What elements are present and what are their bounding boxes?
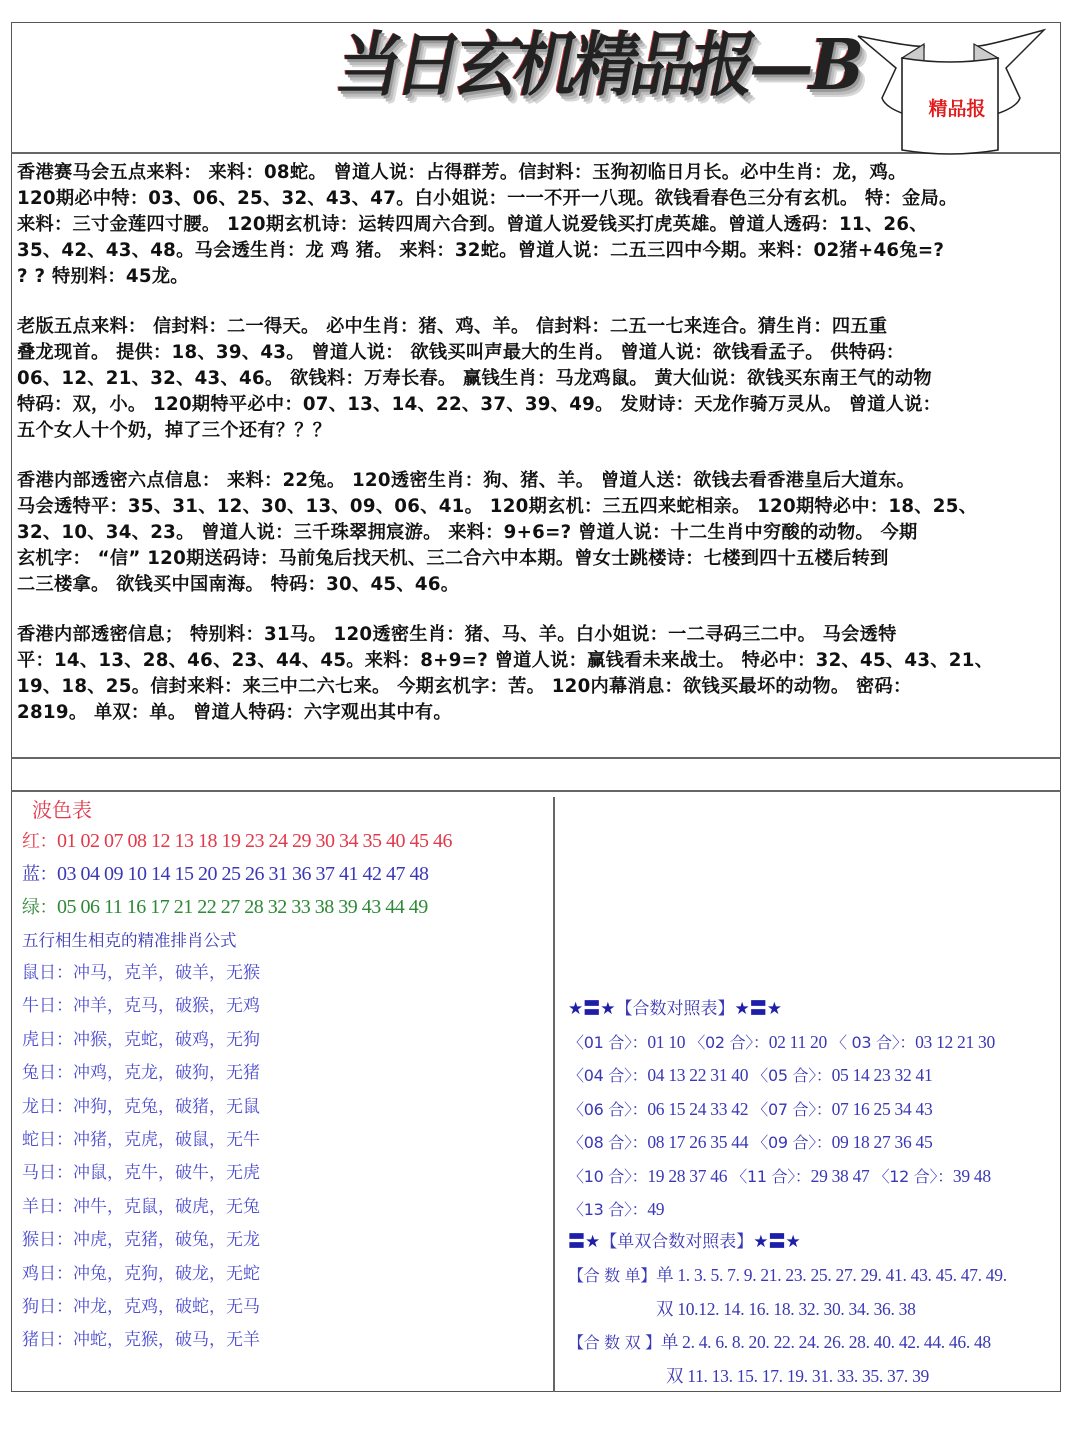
text-line: 特码：双，小。 120期特平必中：07、13、14、22、37、39、49。 发… [17,392,1057,418]
wave-row-blue: 蓝：03 04 09 10 14 15 20 25 26 31 36 37 41… [22,858,542,891]
sum-tables-panel: ★〓★【合数对照表】★〓★ 〈01 合〉：01 10 〈02 合〉：02 11 … [568,993,1058,1393]
sum-even-even-row: 双 11. 13. 15. 17. 19. 31. 33. 35. 37. 39 [568,1360,1058,1393]
sum-key: 〈07 合〉： [752,1100,831,1119]
sum-odd-row: 【合 数 单】单 1. 3. 5. 7. 9. 21. 23. 25. 27. … [568,1259,1058,1292]
wave-numbers: 03 04 09 10 14 15 20 25 26 31 36 37 41 4… [57,863,429,885]
zodiac-row: 蛇日：冲猪，克虎，破鼠，无牛 [22,1124,542,1157]
text-line: 35、42、43、48。马会透生肖：龙 鸡 猪。 来料：32蛇。曾道人说：二五三… [17,238,1057,264]
sum-row: 〈06 合〉：06 15 24 33 42 〈07 合〉：07 16 25 34… [568,1093,1058,1126]
ribbon-banner-icon [856,18,1046,162]
section-hk-internal-six-points: 香港内部透密六点信息： 来料：22兔。 120透密生肖：狗、猪、羊。 曾道人送：… [17,468,1057,598]
section-hk-internal-info: 香港内部透密信息； 特别料：31马。 120透密生肖：猪、马、羊。白小姐说：一二… [17,622,1057,726]
text-line: 06、12、21、32、43、46。 欲钱料：万寿长春。 赢钱生肖：马龙鸡鼠。 … [17,366,1057,392]
zodiac-row: 狗日：冲龙，克鸡，破蛇，无马 [22,1291,542,1324]
sum-even-even-numbers: 双 11. 13. 15. 17. 19. 31. 33. 35. 37. 39 [666,1366,929,1386]
section-old-version-five-points: 老版五点来料： 信封料：二一得天。 必中生肖：猪、鸡、羊。 信封料：二五一七来连… [17,314,1057,444]
text-line: ? ? 特别料：45龙。 [17,264,1057,290]
sum-numbers: 49 [647,1199,664,1219]
text-line: 来料：三寸金莲四寸腰。 120期玄机诗：运转四周六合到。曾道人说爱钱买打虎英雄。… [17,212,1057,238]
sum-even-label: 【合 数 双 】 [568,1333,661,1352]
text-line: 二三楼拿。 欲钱买中国南海。 特码：30、45、46。 [17,572,1057,598]
zodiac-row: 猴日：冲虎，克猪，破兔，无龙 [22,1224,542,1257]
text-line: 叠龙现首。 提供：18、39、43。 曾道人说： 欲钱买叫声最大的生肖。 曾道人… [17,340,1057,366]
sum-odd-label: 【合 数 单】 [568,1266,656,1285]
sum-row: 〈10 合〉：19 28 37 46 〈11 合〉：29 38 47 〈12 合… [568,1160,1058,1193]
wave-label: 红： [22,831,57,852]
sum-key: 〈 03 合〉： [831,1033,915,1052]
text-line: 香港内部透密六点信息： 来料：22兔。 120透密生肖：狗、猪、羊。 曾道人送：… [17,468,1057,494]
zodiac-row: 猪日：冲蛇，克猴，破马，无羊 [22,1324,542,1357]
star-ornament-icon: ★〓★ [753,1232,800,1252]
sum-table-title-text: 【合数对照表】 [615,999,734,1019]
banner-label: 精品报 [925,94,989,121]
section-hk-jockey-five-points: 香港赛马会五点来料： 来料：08蛇。 曾道人说：占得群芳。信封料：玉狗初临日月长… [17,160,1057,290]
sum-key: 〈08 合〉： [568,1133,647,1152]
wave-numbers: 05 06 11 16 17 21 22 27 28 32 33 38 39 4… [57,896,428,918]
sum-numbers: 19 28 37 46 [647,1166,727,1186]
odd-even-title-text: 【单双合数对照表】 [600,1232,753,1252]
zodiac-row: 马日：冲鼠，克牛，破牛，无虎 [22,1157,542,1190]
divider [11,757,1061,759]
text-line: 平：14、13、28、46、23、44、45。来料：8+9=? 曾道人说：赢钱看… [17,648,1057,674]
odd-even-table-title: 〓★【单双合数对照表】★〓★ [568,1226,1058,1259]
wave-row-green: 绿：05 06 11 16 17 21 22 27 28 32 33 38 39… [22,891,542,924]
zodiac-row: 虎日：冲猴，克蛇，破鸡，无狗 [22,1024,542,1057]
sum-key: 〈05 合〉： [752,1066,831,1085]
sum-key: 〈13 合〉： [568,1200,647,1219]
column-divider [553,797,555,1392]
sum-numbers: 39 48 [953,1166,991,1186]
sum-even-odd-numbers: 单 2. 4. 6. 8. 20. 22. 24. 26. 28. 40. 42… [661,1332,991,1352]
text-line: 玄机字： “信” 120期送码诗：马前兔后找天机、三二合六中本期。曾女士跳楼诗：… [17,546,1057,572]
star-ornament-icon: 〓★ [568,1232,600,1252]
sum-key: 〈12 合〉： [874,1167,953,1186]
text-line: 香港赛马会五点来料： 来料：08蛇。 曾道人说：占得群芳。信封料：玉狗初临日月长… [17,160,1057,186]
wave-numbers: 01 02 07 08 12 13 18 19 23 24 29 30 34 3… [57,830,452,852]
sum-numbers: 01 10 [647,1032,685,1052]
sum-numbers: 04 13 22 31 40 [647,1065,748,1085]
text-line: 马会透特平：35、31、12、30、13、09、06、41。 120期玄机：三五… [17,494,1057,520]
page-title: 当日玄机精品报—B [329,20,867,110]
text-line: 五个女人十个奶，掉了三个还有？？？ [17,418,1057,444]
star-ornament-icon: ★〓★ [568,999,615,1019]
wave-color-panel: 波色表 红：01 02 07 08 12 13 18 19 23 24 29 3… [22,795,542,1358]
zodiac-row: 鼠日：冲马，克羊，破羊，无猴 [22,957,542,990]
text-line: 香港内部透密信息； 特别料：31马。 120透密生肖：猪、马、羊。白小姐说：一二… [17,622,1057,648]
text-line: 120期必中特：03、06、25、32、43、47。白小姐说：一一不开一八现。欲… [17,186,1057,212]
sum-key: 〈09 合〉： [752,1133,831,1152]
sum-key: 〈06 合〉： [568,1100,647,1119]
wave-row-red: 红：01 02 07 08 12 13 18 19 23 24 29 30 34… [22,825,542,858]
zodiac-row: 兔日：冲鸡，克龙，破狗，无猪 [22,1057,542,1090]
zodiac-formula-title: 五行相生相克的精准排肖公式 [22,924,542,957]
sum-key: 〈04 合〉： [568,1066,647,1085]
sum-table-title: ★〓★【合数对照表】★〓★ [568,993,1058,1026]
sum-key: 〈10 合〉： [568,1167,647,1186]
zodiac-row: 羊日：冲牛，克鼠，破虎，无兔 [22,1191,542,1224]
wave-label: 绿： [22,897,57,918]
star-ornament-icon: ★〓★ [734,999,781,1019]
sum-key: 〈02 合〉： [689,1033,768,1052]
zodiac-row: 鸡日：冲兔，克狗，破龙，无蛇 [22,1258,542,1291]
sum-numbers: 05 14 23 32 41 [832,1065,933,1085]
sum-odd-odd-numbers: 单 1. 3. 5. 7. 9. 21. 23. 25. 27. 29. 41.… [656,1265,1007,1285]
text-line: 19、18、25。信封来料：来三中二六七来。 今期玄机字：苦。 120内幕消息：… [17,674,1057,700]
zodiac-row: 龙日：冲狗，克兔，破猪，无鼠 [22,1091,542,1124]
sum-key: 〈11 合〉： [731,1167,810,1186]
sum-row: 〈08 合〉：08 17 26 35 44 〈09 合〉：09 18 27 36… [568,1126,1058,1159]
text-line: 老版五点来料： 信封料：二一得天。 必中生肖：猪、鸡、羊。 信封料：二五一七来连… [17,314,1057,340]
text-line: 32、10、34、23。 曾道人说：三千珠翠拥宸游。 来料：9+6=? 曾道人说… [17,520,1057,546]
text-line: 2819。 单双：单。 曾道人特码：六字观出其中有。 [17,700,1057,726]
sum-odd-even-row: 双 10.12. 14. 16. 18. 32. 30. 34. 36. 38 [568,1293,1058,1326]
zodiac-row: 牛日：冲羊，克马，破猴，无鸡 [22,990,542,1023]
sum-numbers: 09 18 27 36 45 [832,1132,933,1152]
sum-numbers: 03 12 21 30 [915,1032,995,1052]
sum-row: 〈04 合〉：04 13 22 31 40 〈05 合〉：05 14 23 32… [568,1059,1058,1092]
sum-key: 〈01 合〉： [568,1033,647,1052]
sum-numbers: 07 16 25 34 43 [832,1099,933,1119]
sum-even-row: 【合 数 双 】单 2. 4. 6. 8. 20. 22. 24. 26. 28… [568,1326,1058,1359]
sum-numbers: 08 17 26 35 44 [647,1132,748,1152]
sum-odd-even-numbers: 双 10.12. 14. 16. 18. 32. 30. 34. 36. 38 [656,1299,916,1319]
sum-numbers: 29 38 47 [811,1166,870,1186]
sum-row: 〈13 合〉：49 [568,1193,1058,1226]
divider [11,790,1061,792]
sum-numbers: 02 11 20 [769,1032,827,1052]
sum-numbers: 06 15 24 33 42 [647,1099,748,1119]
sum-row: 〈01 合〉：01 10 〈02 合〉：02 11 20 〈 03 合〉：03 … [568,1026,1058,1059]
wave-table-title: 波色表 [32,795,542,825]
wave-label: 蓝： [22,864,57,885]
